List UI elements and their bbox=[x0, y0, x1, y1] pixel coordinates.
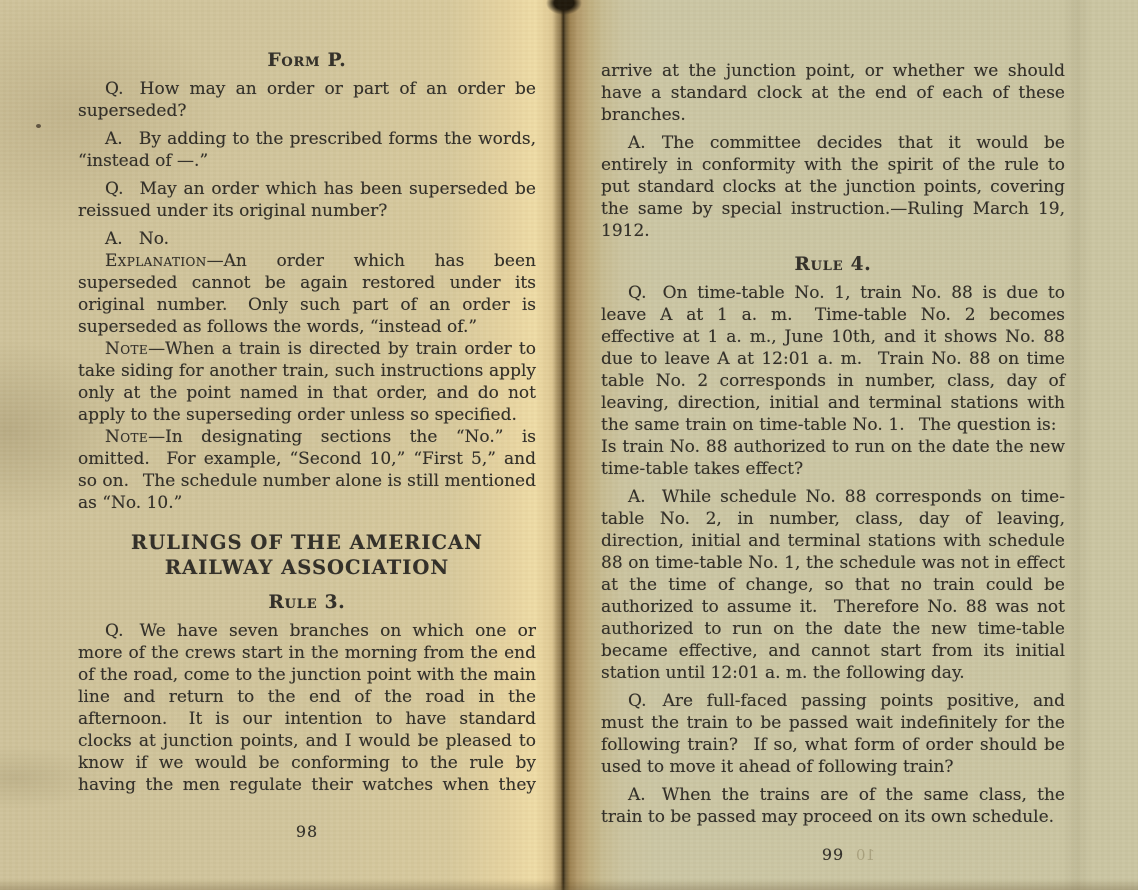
note-paragraph: Note—In designating sections the “No.” i… bbox=[78, 426, 536, 514]
paragraph-lead: Note bbox=[105, 339, 148, 359]
paragraph-lead: A. bbox=[628, 487, 646, 507]
explanation-paragraph: Explanation—An order which has been supe… bbox=[78, 250, 536, 338]
question-paragraph: Q.On time-table No. 1, train No. 88 is d… bbox=[601, 282, 1065, 480]
form-p-heading: Form P. bbox=[78, 50, 536, 72]
paragraph-lead: A. bbox=[105, 129, 123, 149]
show-through-print: 10 bbox=[856, 846, 875, 864]
paragraph-lead: Q. bbox=[105, 79, 124, 99]
question-paragraph: Q.Are full-faced passing points positive… bbox=[601, 690, 1065, 778]
page-number-right: 99 bbox=[601, 845, 1065, 864]
paragraph-lead: A. bbox=[628, 133, 646, 153]
answer-paragraph: A.When the trains are of the same class,… bbox=[601, 784, 1065, 828]
answer-paragraph: A.The committee decides that it would be… bbox=[601, 132, 1065, 242]
paragraph-lead: Q. bbox=[105, 621, 124, 641]
paragraph-lead: Q. bbox=[628, 283, 647, 303]
paper-speck bbox=[36, 124, 41, 128]
question-paragraph: Q.How may an order or part of an order b… bbox=[78, 78, 536, 122]
paragraph-lead: Q. bbox=[628, 691, 647, 711]
paragraph-lead: Explanation bbox=[105, 251, 207, 271]
rule-4-heading: Rule 4. bbox=[601, 254, 1065, 276]
right-page-text-column: arrive at the junction point, or whether… bbox=[601, 60, 1065, 828]
paragraph-lead: Q. bbox=[105, 179, 124, 199]
page-number-left: 98 bbox=[78, 822, 536, 841]
rule-3-heading: Rule 3. bbox=[78, 592, 536, 614]
question-paragraph: Q.May an order which has been superseded… bbox=[78, 178, 536, 222]
book-scan: Form P.Q.How may an order or part of an … bbox=[0, 0, 1138, 890]
paragraph-lead: A. bbox=[628, 785, 646, 805]
continuation-paragraph: arrive at the junction point, or whether… bbox=[601, 60, 1065, 126]
rulings-heading: RULINGS OF THE AMERICAN RAILWAY ASSOCIAT… bbox=[87, 530, 527, 580]
answer-paragraph: A.No. bbox=[78, 228, 536, 250]
paragraph-lead: Note bbox=[105, 427, 148, 447]
answer-paragraph: A.While schedule No. 88 corresponds on t… bbox=[601, 486, 1065, 684]
answer-paragraph: A.By adding to the prescribed forms the … bbox=[78, 128, 536, 172]
left-page-text-column: Form P.Q.How may an order or part of an … bbox=[78, 50, 536, 796]
question-paragraph: Q.We have seven branches on which one or… bbox=[78, 620, 536, 796]
paragraph-lead: A. bbox=[105, 229, 123, 249]
note-paragraph: Note—When a train is directed by train o… bbox=[78, 338, 536, 426]
